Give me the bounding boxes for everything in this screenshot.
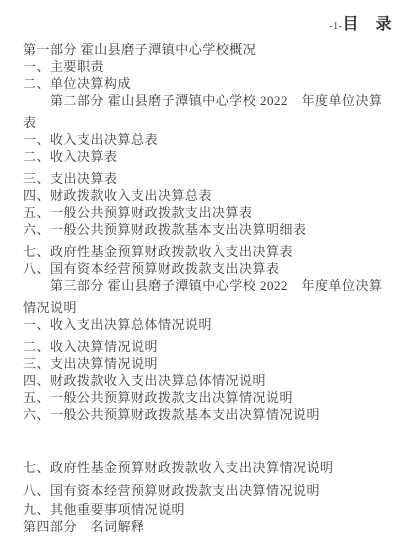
toc-line: 二、收入决算表 [23, 148, 397, 165]
toc-line: 七、政府性基金预算财政拨款收入支出决算表 [23, 243, 397, 260]
toc-list: 第一部分 霍山县磨子潭镇中心学校概况 一、主要职责 二、单位决算构成 第二部分 … [23, 41, 397, 535]
page-header: -1- 目 录 [329, 11, 392, 34]
toc-line: 四、财政拨款收入支出决算总体情况说明 [23, 372, 397, 389]
toc-line: 一、主要职责 [23, 58, 397, 75]
page-title: 目 录 [342, 11, 392, 34]
toc-line-part2-heading-wrap: 表 [23, 114, 397, 131]
toc-line-part3-heading: 第三部分 霍山县磨子潭镇中心学校 2022 年度单位决算 [23, 277, 397, 294]
toc-line: 二、单位决算构成 [23, 75, 397, 92]
toc-line: 八、国有资本经营预算财政拨款支出决算情况说明 [23, 482, 397, 499]
toc-line: 五、一般公共预算财政拨款支出决算情况说明 [23, 389, 397, 406]
toc-line: 七、政府性基金预算财政拨款收入支出决算情况说明 [23, 459, 397, 476]
toc-line: 一、收入支出决算总体情况说明 [23, 316, 397, 333]
toc-line: 二、收入决算情况说明 [23, 338, 397, 355]
toc-line: 九、其他重要事项情况说明 [23, 501, 397, 518]
document-page: -1- 目 录 第一部分 霍山县磨子潭镇中心学校概况 一、主要职责 二、单位决算… [0, 0, 403, 555]
toc-line-part1-heading: 第一部分 霍山县磨子潭镇中心学校概况 [23, 41, 397, 58]
toc-line: 六、一般公共预算财政拨款基本支出决算情况说明 [23, 406, 397, 423]
toc-line: 五、一般公共预算财政拨款支出决算表 [23, 204, 397, 221]
toc-line-part4-heading: 第四部分 名词解释 [23, 518, 397, 535]
toc-line-part2-heading: 第二部分 霍山县磨子潭镇中心学校 2022 年度单位决算 [23, 92, 397, 109]
toc-line-part3-heading-wrap: 情况说明 [23, 299, 397, 316]
toc-line: 三、支出决算表 [23, 170, 397, 187]
toc-line: 一、收入支出决算总表 [23, 131, 397, 148]
toc-line: 三、支出决算情况说明 [23, 355, 397, 372]
toc-line: 六、一般公共预算财政拨款基本支出决算明细表 [23, 221, 397, 238]
toc-line: 四、财政拨款收入支出决算总表 [23, 187, 397, 204]
page-number: -1- [329, 21, 342, 32]
toc-line: 八、国有资本经营预算财政拨款支出决算表 [23, 260, 397, 277]
